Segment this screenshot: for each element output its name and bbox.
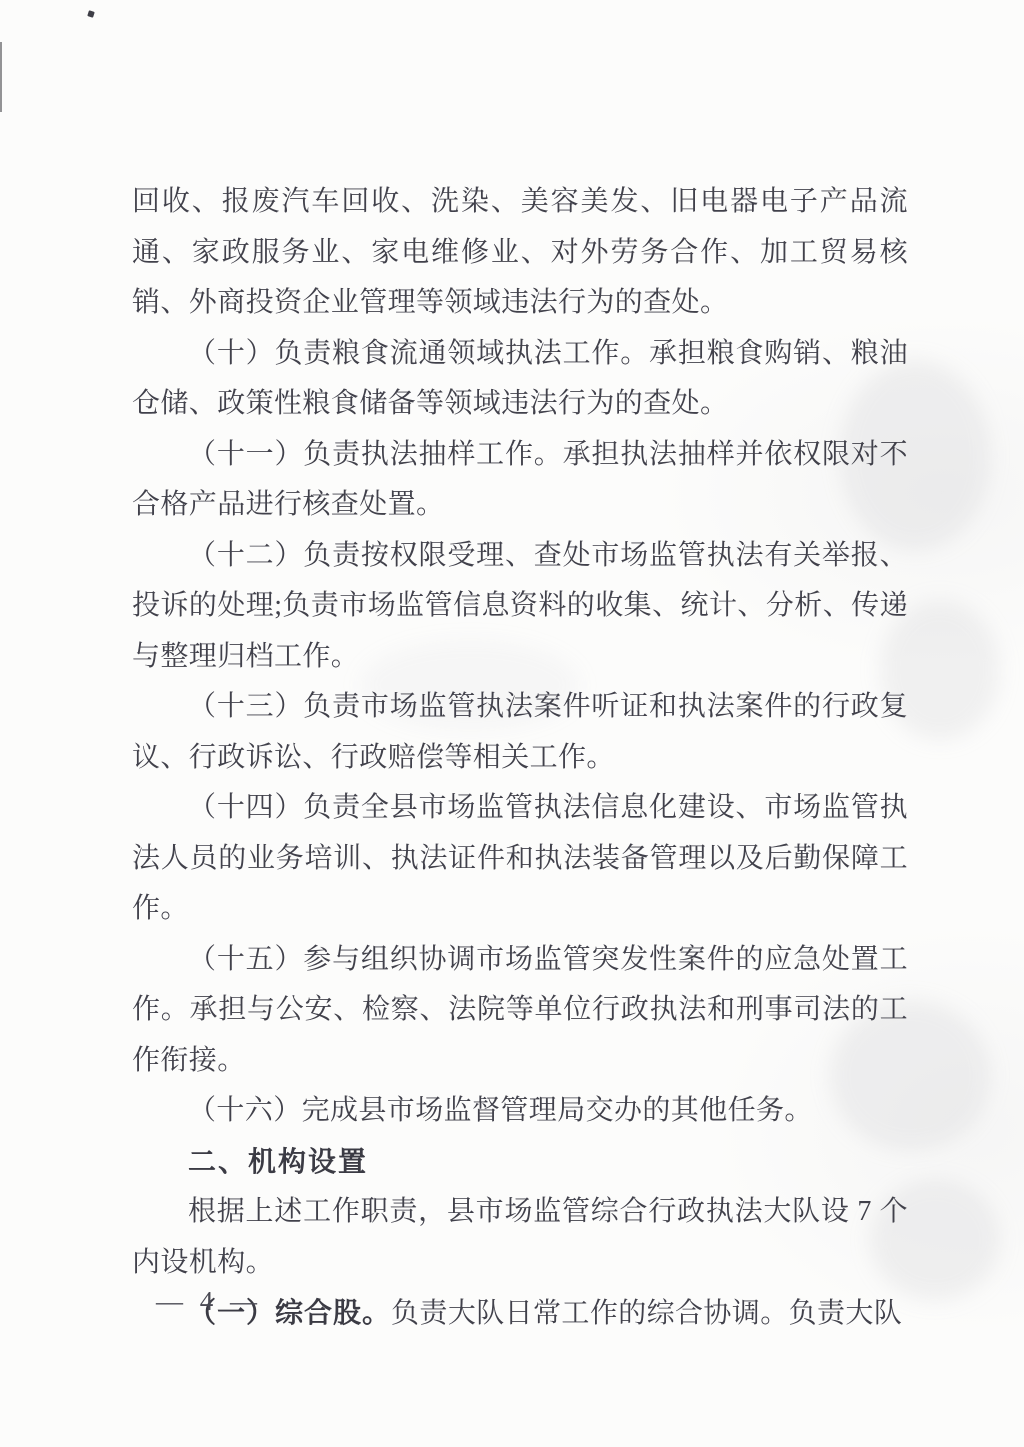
scan-speck-artifact [87,10,95,18]
document-page: 回收、报废汽车回收、洗染、美容美发、旧电器电子产品流通、家政服务业、家电维修业、… [0,0,1024,1447]
paragraph: （十四）负责全县市场监管执法信息化建设、市场监管执法人员的业务培训、执法证件和执… [132,783,908,935]
section-heading: 二、机构设置 [132,1137,908,1188]
paragraph: （十一）负责执法抽样工作。承担执法抽样并依权限对不合格产品进行核查处置。 [132,430,908,531]
paragraph: （十六）完成县市场监督管理局交办的其他任务。 [132,1086,908,1137]
page-number: — 4 — [156,1286,262,1317]
paragraph: （十）负责粮食流通领域执法工作。承担粮食购销、粮油仓储、政策性粮食储备等领域违法… [132,329,908,430]
paragraph: 回收、报废汽车回收、洗染、美容美发、旧电器电子产品流通、家政服务业、家电维修业、… [132,177,908,329]
paragraph: （十二）负责按权限受理、查处市场监管执法有关举报、投诉的处理;负责市场监管信息资… [132,531,908,683]
paragraph: 根据上述工作职责，县市场监管综合行政执法大队设 7 个内设机构。 [132,1187,908,1288]
paragraph-text: 负责大队日常工作的综合协调。负责大队 [391,1298,902,1329]
document-body: 回收、报废汽车回收、洗染、美容美发、旧电器电子产品流通、家政服务业、家电维修业、… [132,177,908,1340]
scan-edge-artifact [0,42,2,112]
paragraph: （十三）负责市场监管执法案件听证和执法案件的行政复议、行政诉讼、行政赔偿等相关工… [132,682,908,783]
paragraph: （十五）参与组织协调市场监管突发性案件的应急处置工作。承担与公安、检察、法院等单… [132,935,908,1087]
